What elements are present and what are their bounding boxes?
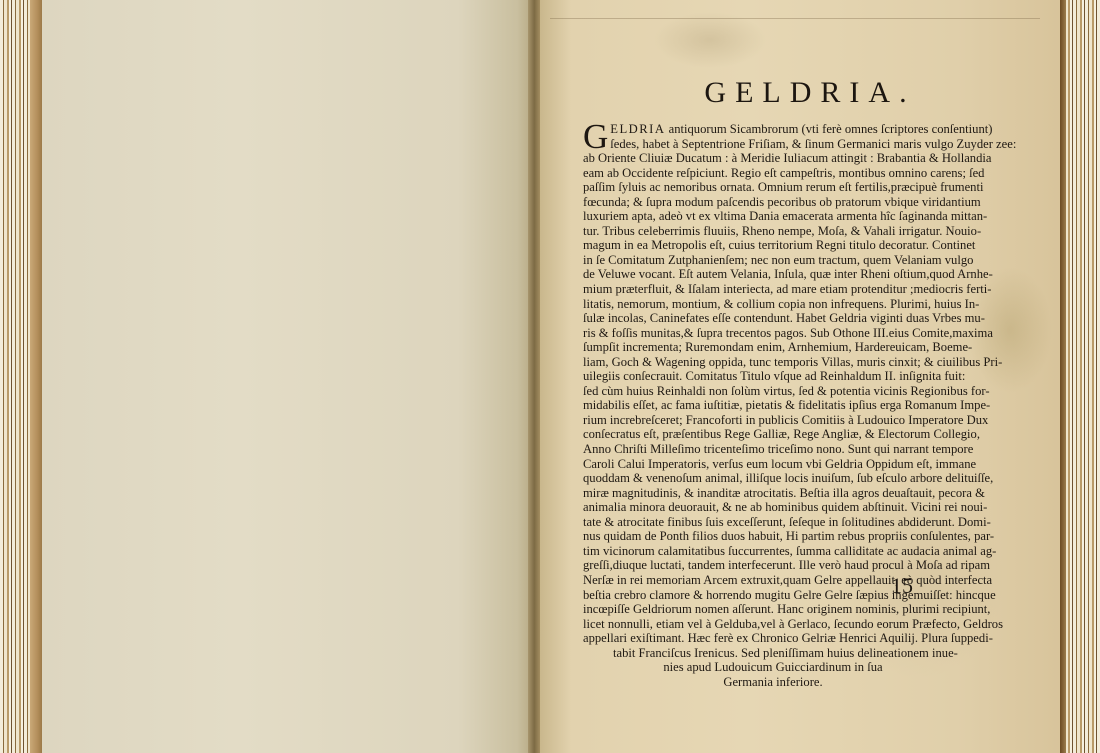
text-line: miræ magnitudinis, & inanditæ atrocitati… [583, 486, 963, 501]
text-line: ris & foſſis munitas,& ſupra trecentos p… [583, 326, 963, 341]
text-line: in ſe Comitatum Zutphanienſem; nec non e… [583, 253, 963, 268]
drop-cap: G [583, 123, 608, 151]
text-line: de Veluwe vocant. Eſt autem Velania, Inſ… [583, 267, 963, 282]
text-line: nus quidam de Ponth filios duos habuit, … [583, 529, 963, 544]
text-line: Anno Chriſti Milleſimo tricenteſimo tric… [583, 442, 963, 457]
text-line: eam ab Occidente reſpiciunt. Regio eſt c… [583, 166, 963, 181]
text-line: licet nonnulli, etiam vel à Gelduba,vel … [583, 617, 963, 632]
text-line: tur. Tribus celeberrimis fluuiis, Rheno … [583, 224, 963, 239]
text-line: uilegiis conſecrauit. Comitatus Titulo v… [583, 369, 963, 384]
body-text: G ELDRIA antiquorum Sicambrorum (vti fer… [583, 122, 963, 689]
text-line: ab Oriente Cliuiæ Ducatum : à Meridie Iu… [583, 151, 963, 166]
text-line: Germania inferiore. [583, 675, 963, 690]
text-line: ſed cùm huius Reinhaldi non ſolùm virtus… [583, 384, 963, 399]
text-line: mium præterfluit, & Iſalam interiecta, a… [583, 282, 963, 297]
text-line: Caroli Calui Imperatoris, verſus eum loc… [583, 457, 963, 472]
page-edges-left [0, 0, 42, 753]
text-line: ſumpſit incrementa; Ruremondam enim, Arn… [583, 340, 963, 355]
text-line: tim vicinorum calamitatibus ſuccurrentes… [583, 544, 963, 559]
page-edges-right [1060, 0, 1100, 753]
text-line: rium increbreſceret; Francoforti in publ… [583, 413, 963, 428]
text-line: nies apud Ludouicum Guicciardinum in ſua [583, 660, 963, 675]
page-number: 15 [891, 573, 913, 599]
text-line: tate & atrocitate finibus ſuis exceſſeru… [583, 515, 963, 530]
text-line: quoddam & venenoſum animal, illiſque loc… [583, 471, 963, 486]
text-line: ſulæ incolas, Caninefates eſſe contendun… [583, 311, 963, 326]
text-line: ſedes, habet à Septentrione Friſiam, & ſ… [583, 137, 963, 152]
text-line: ELDRIA antiquorum Sicambrorum (vti ferè … [583, 122, 963, 137]
page-title: GELDRIA. [590, 76, 1030, 110]
text-line: tabit Franciſcus Irenicus. Sed pleniſſim… [583, 646, 963, 661]
text-line: midabilis eſſet, ac fama iuſtitiæ, pieta… [583, 398, 963, 413]
text-line: paſſim ſyluis ac nemoribus ornata. Omniu… [583, 180, 963, 195]
text-line: magum in ea Metropolis eſt, cuius territ… [583, 238, 963, 253]
text-line: litatis, nemorum, montium, & collium cop… [583, 297, 963, 312]
text-line: fœcunda; & ſupra modum paſcendis pecorib… [583, 195, 963, 210]
text-line: liam, Goch & Wagening oppida, tunc tempo… [583, 355, 963, 370]
right-page: GELDRIA. G ELDRIA antiquorum Sicambrorum… [540, 0, 1060, 753]
text-line: conſecratus eſt, præſentibus Rege Galliæ… [583, 427, 963, 442]
blank-left-page [42, 0, 532, 753]
text-line: appellari exiſtimant. Hæc ferè ex Chroni… [583, 631, 963, 646]
text-line: greſſi,diuque luctati, tandem interfecer… [583, 558, 963, 573]
text-line: animalia minora deuorauit, & ne ab homin… [583, 500, 963, 515]
text-line: luxuriem apta, adeò vt ex vltima Dania e… [583, 209, 963, 224]
text-line: incœpiſſe Geldriorum nomen aſſerunt. Han… [583, 602, 963, 617]
